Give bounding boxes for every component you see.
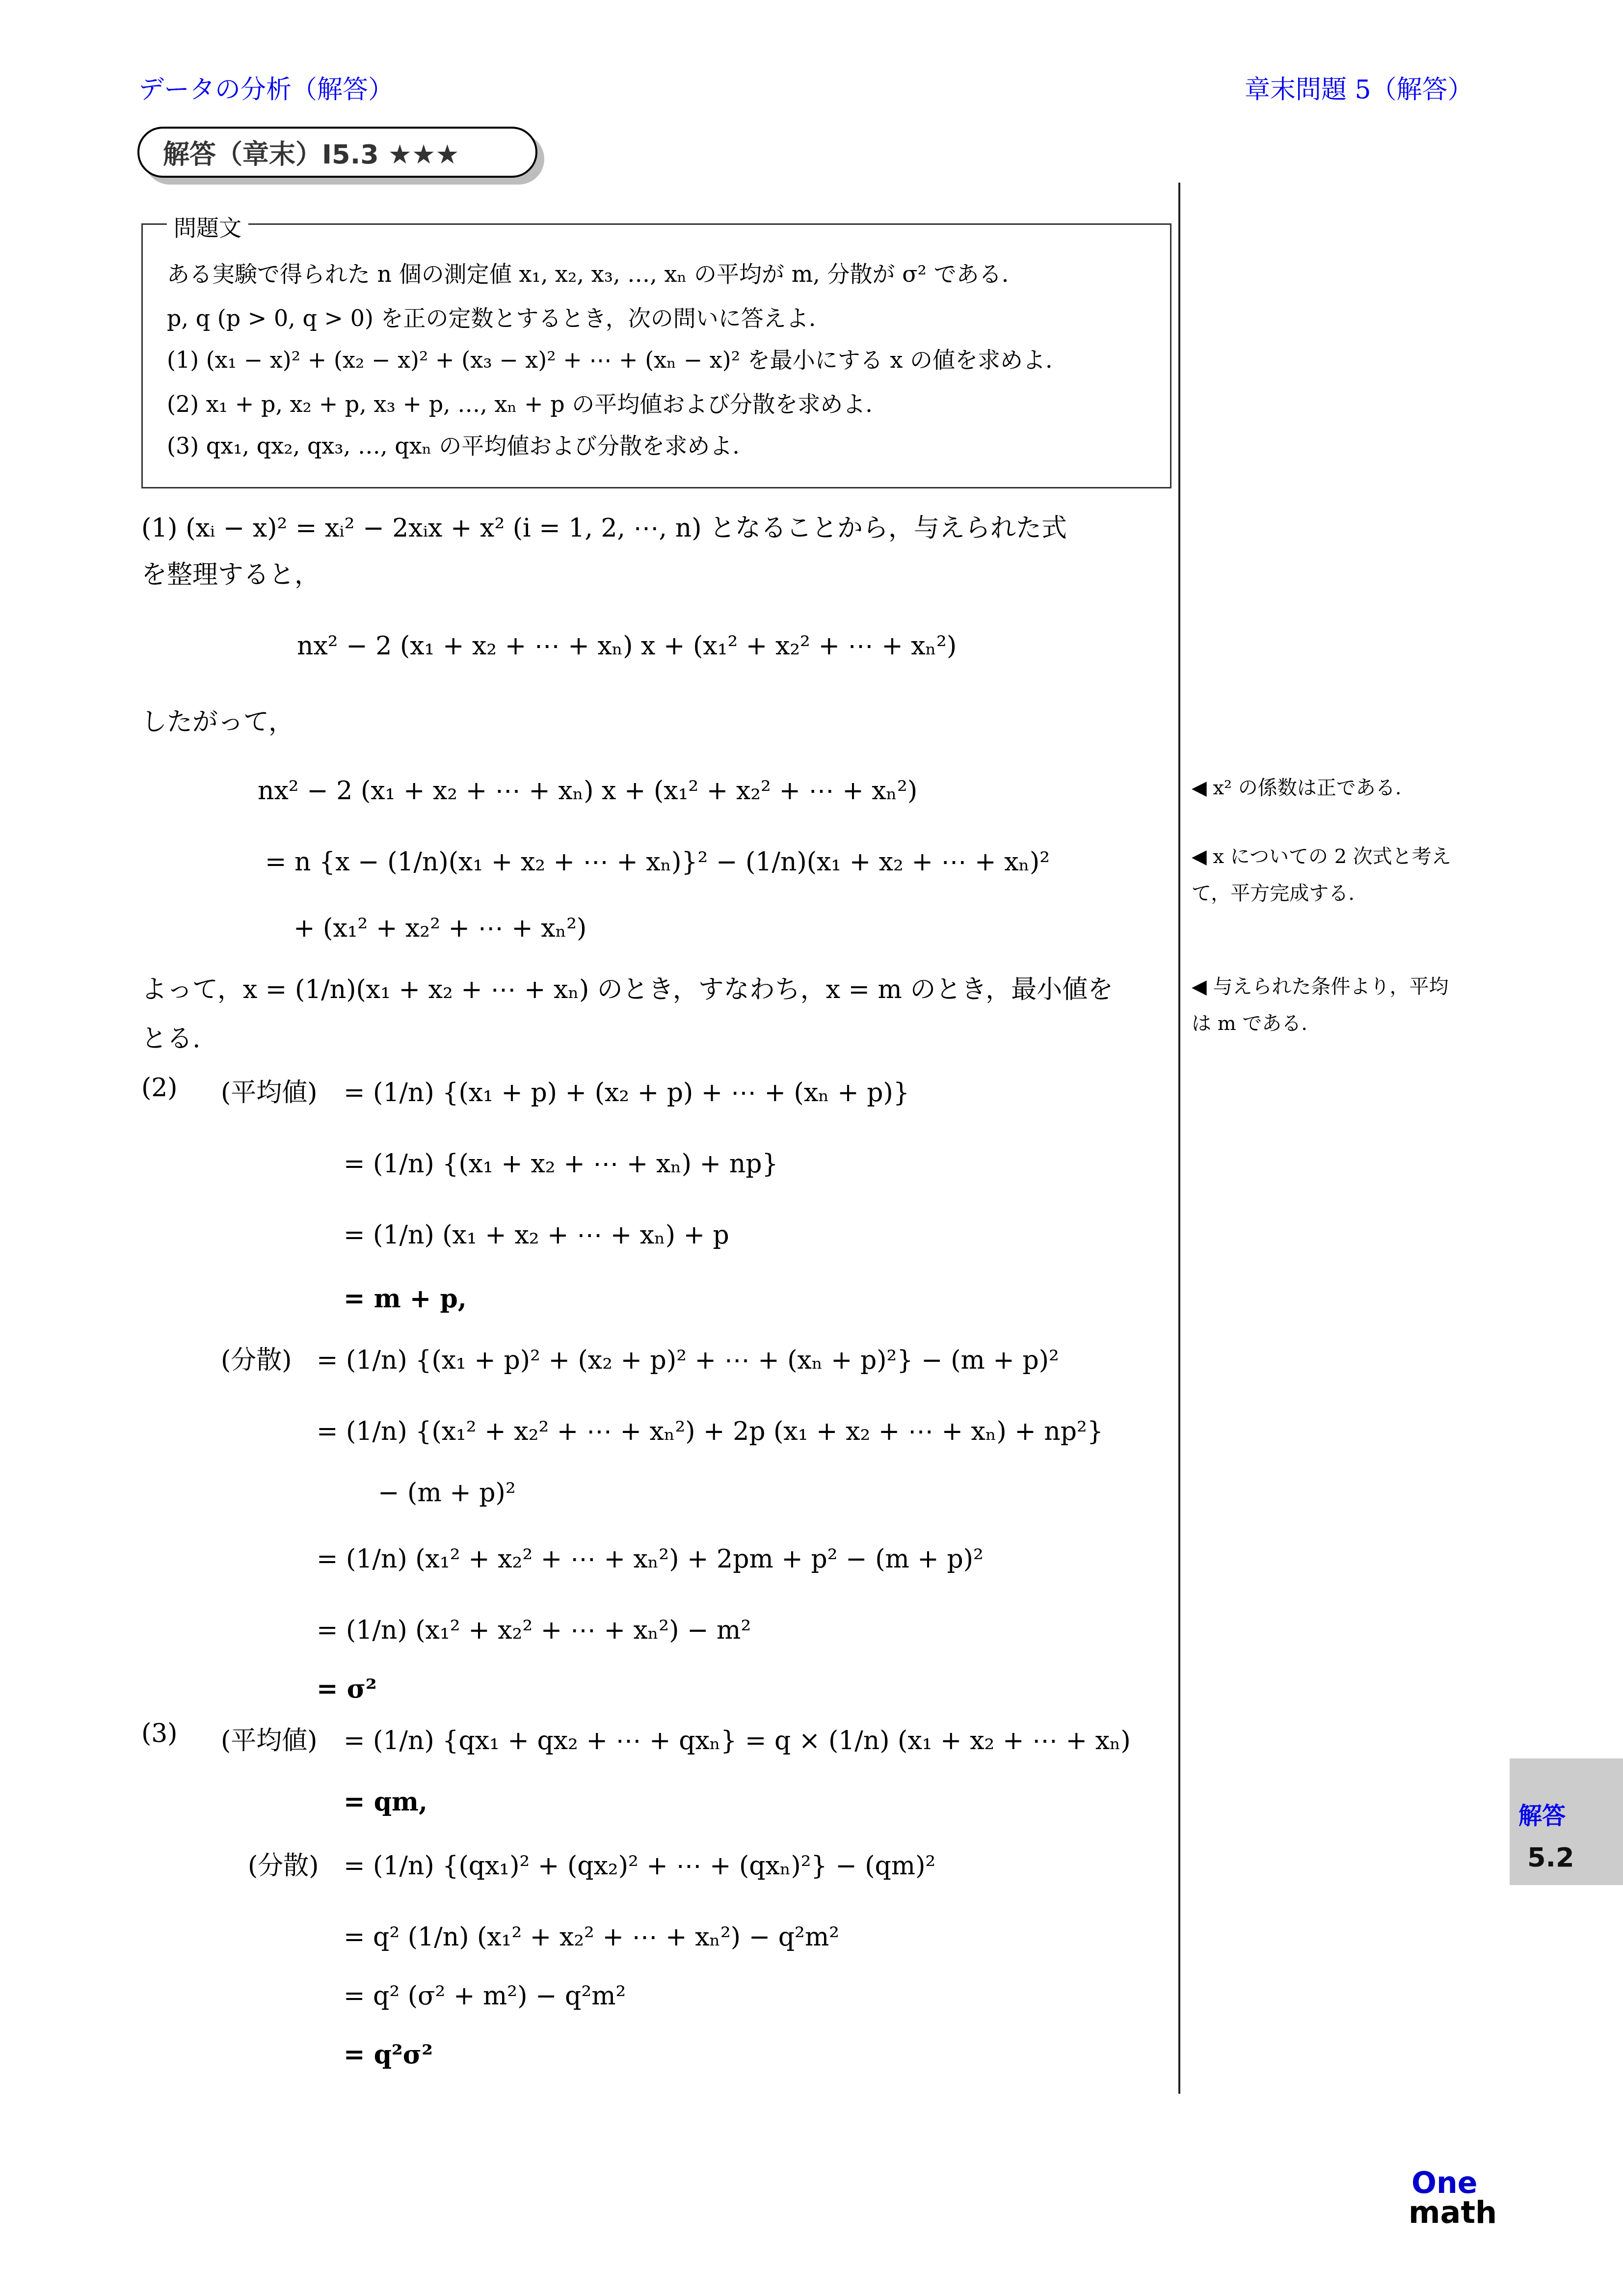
margin-note: は m である.	[1192, 1014, 1307, 1033]
part-number: (2)	[141, 1075, 178, 1101]
section-tab-label: 解答	[1518, 1797, 1566, 1831]
problem-title-pill: 解答（章末）I5.3 ★★★	[137, 127, 537, 178]
math-step: = (1/n) {(qx₁)² + (qx₂)² + ⋯ + (qxₙ)²} −…	[344, 1853, 935, 1879]
math-result: = σ²	[317, 1676, 377, 1702]
problem-box-label: 問題文	[167, 210, 248, 243]
mean-label: (平均値)	[221, 1080, 318, 1106]
math-result: = m + p,	[344, 1286, 467, 1312]
margin-note: ◀ x² の係数は正である.	[1192, 778, 1402, 798]
math-step: = (1/n) {(x₁² + x₂² + ⋯ + xₙ²) + 2p (x₁ …	[317, 1419, 1103, 1444]
problem-title: 解答（章末）I5.3 ★★★	[163, 134, 459, 171]
math-step: = (1/n) {(x₁ + p) + (x₂ + p) + ⋯ + (xₙ +…	[344, 1080, 909, 1106]
section-tab-number: 5.2	[1527, 1842, 1574, 1873]
problem-line: p, q (p > 0, q > 0) を正の定数とするとき，次の問いに答えよ.	[167, 307, 816, 329]
solution-text: とる.	[141, 1026, 201, 1052]
margin-divider	[1178, 183, 1180, 2094]
solution-text: よって，x = (1/n)(x₁ + x₂ + ⋯ + xₙ) のとき，すなわち…	[141, 977, 1113, 1002]
variance-label: (分散)	[248, 1853, 319, 1879]
math-step: = q² (σ² + m²) − q²m²	[344, 1983, 626, 2009]
math-step: + (x₁² + x₂² + ⋯ + xₙ²)	[293, 916, 586, 941]
mean-label: (平均値)	[221, 1728, 318, 1754]
part-number: (3)	[141, 1721, 178, 1746]
margin-note: ◀ x についての 2 次式と考え	[1192, 847, 1451, 866]
solution-text: (1) (xᵢ − x)² = xᵢ² − 2xᵢx + x² (i = 1, …	[141, 515, 1067, 541]
math-step: = (1/n) {qx₁ + qx₂ + ⋯ + qxₙ} = q × (1/n…	[344, 1728, 1131, 1754]
math-display: nx² − 2 (x₁ + x₂ + ⋯ + xₙ) x + (x₁² + x₂…	[297, 633, 957, 659]
math-result: = qm,	[344, 1789, 427, 1815]
problem-line: (1) (x₁ − x)² + (x₂ − x)² + (x₃ − x)² + …	[167, 349, 1053, 371]
math-step: − (m + p)²	[378, 1480, 516, 1506]
solution-text: を整理すると，	[141, 562, 320, 588]
variance-label: (分散)	[221, 1348, 292, 1373]
chapter-header-right: 章末問題 5（解答）	[1245, 69, 1473, 106]
onemath-logo-bottom: math	[1409, 2194, 1497, 2230]
problem-line: (3) qx₁, qx₂, qx₃, …, qxₙ の平均値および分散を求めよ.	[167, 434, 740, 457]
math-step: = (1/n) {(x₁ + p)² + (x₂ + p)² + ⋯ + (xₙ…	[317, 1348, 1059, 1373]
math-step: = q² (1/n) (x₁² + x₂² + ⋯ + xₙ²) − q²m²	[344, 1924, 839, 1950]
math-step: nx² − 2 (x₁ + x₂ + ⋯ + xₙ) x + (x₁² + x₂…	[258, 778, 917, 804]
problem-line: ある実験で得られた n 個の測定値 x₁, x₂, x₃, …, xₙ の平均が…	[167, 263, 1009, 285]
math-step: = (1/n) {(x₁ + x₂ + ⋯ + xₙ) + np}	[344, 1151, 778, 1177]
math-result: = q²σ²	[344, 2042, 433, 2068]
math-step: = (1/n) (x₁² + x₂² + ⋯ + xₙ²) + 2pm + p²…	[317, 1546, 984, 1572]
math-step: = n {x − (1/n)(x₁ + x₂ + ⋯ + xₙ)}² − (1/…	[265, 849, 1050, 875]
math-step: = (1/n) (x₁² + x₂² + ⋯ + xₙ²) − m²	[317, 1618, 751, 1643]
margin-note: ◀ 与えられた条件より，平均	[1192, 977, 1448, 997]
margin-note: て，平方完成する.	[1192, 884, 1355, 903]
problem-line: (2) x₁ + p, x₂ + p, x₃ + p, …, xₙ + p の平…	[167, 393, 873, 415]
chapter-header-left: データの分析（解答）	[138, 69, 394, 106]
solution-text: したがって，	[141, 709, 294, 735]
math-step: = (1/n) (x₁ + x₂ + ⋯ + xₙ) + p	[344, 1222, 729, 1248]
